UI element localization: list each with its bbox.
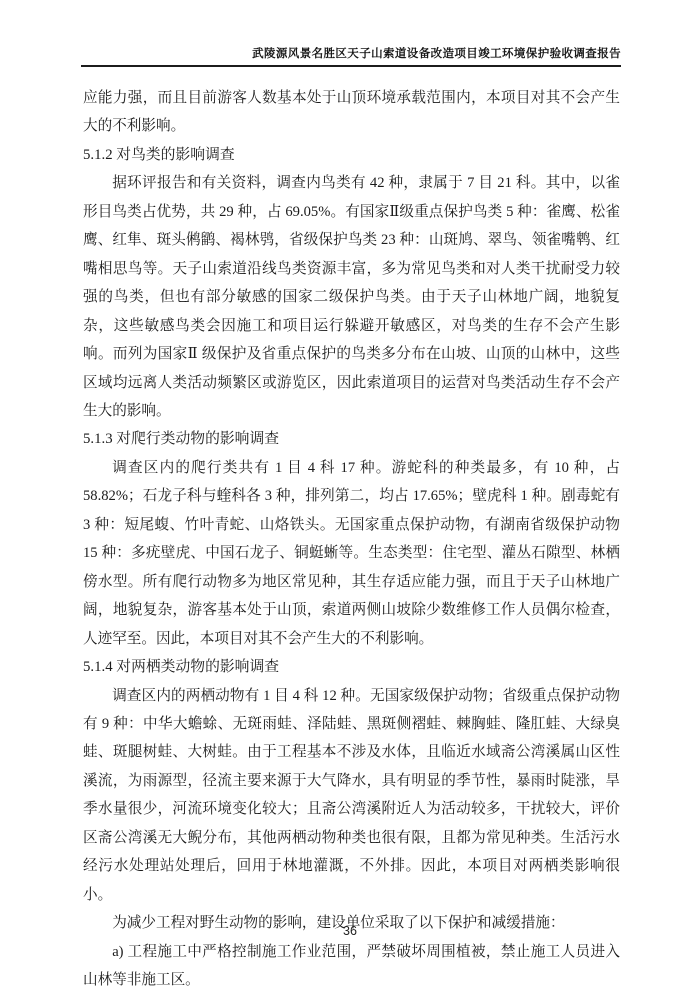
paragraph-reptiles-impact: 调查区内的爬行类共有 1 目 4 科 17 种。游蛇科的种类最多，有 10 种，… — [83, 454, 620, 653]
paragraph-mitigation-item-a: a) 工程施工中严格控制施工作业范围，严禁破坏周围植被，禁止施工人员进入山林等非… — [83, 938, 620, 990]
page-footer: 36 — [0, 924, 700, 938]
section-heading-5-1-2: 5.1.2 对鸟类的影响调查 — [83, 141, 620, 169]
document-page: 武陵源风景名胜区天子山索道设备改造项目竣工环境保护验收调查报告 应能力强，而且目… — [0, 0, 700, 990]
header-divider — [81, 65, 621, 67]
document-body: 应能力强，而且目前游客人数基本处于山顶环境承载范围内，本项目对其不会产生大的不利… — [83, 84, 620, 990]
section-heading-5-1-3: 5.1.3 对爬行类动物的影响调查 — [83, 425, 620, 453]
section-heading-5-1-4: 5.1.4 对两栖类动物的影响调查 — [83, 653, 620, 681]
paragraph-amphibians-impact: 调查区内的两栖动物有 1 目 4 科 12 种。无国家级保护动物；省级重点保护动… — [83, 682, 620, 910]
page-number: 36 — [343, 924, 357, 938]
report-title: 武陵源风景名胜区天子山索道设备改造项目竣工环境保护验收调查报告 — [81, 0, 621, 62]
page-header: 武陵源风景名胜区天子山索道设备改造项目竣工环境保护验收调查报告 — [81, 0, 621, 67]
paragraph-birds-impact: 据环评报告和有关资料，调查内鸟类有 42 种，隶属于 7 目 21 科。其中，以… — [83, 169, 620, 425]
paragraph-continuation: 应能力强，而且目前游客人数基本处于山顶环境承载范围内，本项目对其不会产生大的不利… — [83, 84, 620, 141]
